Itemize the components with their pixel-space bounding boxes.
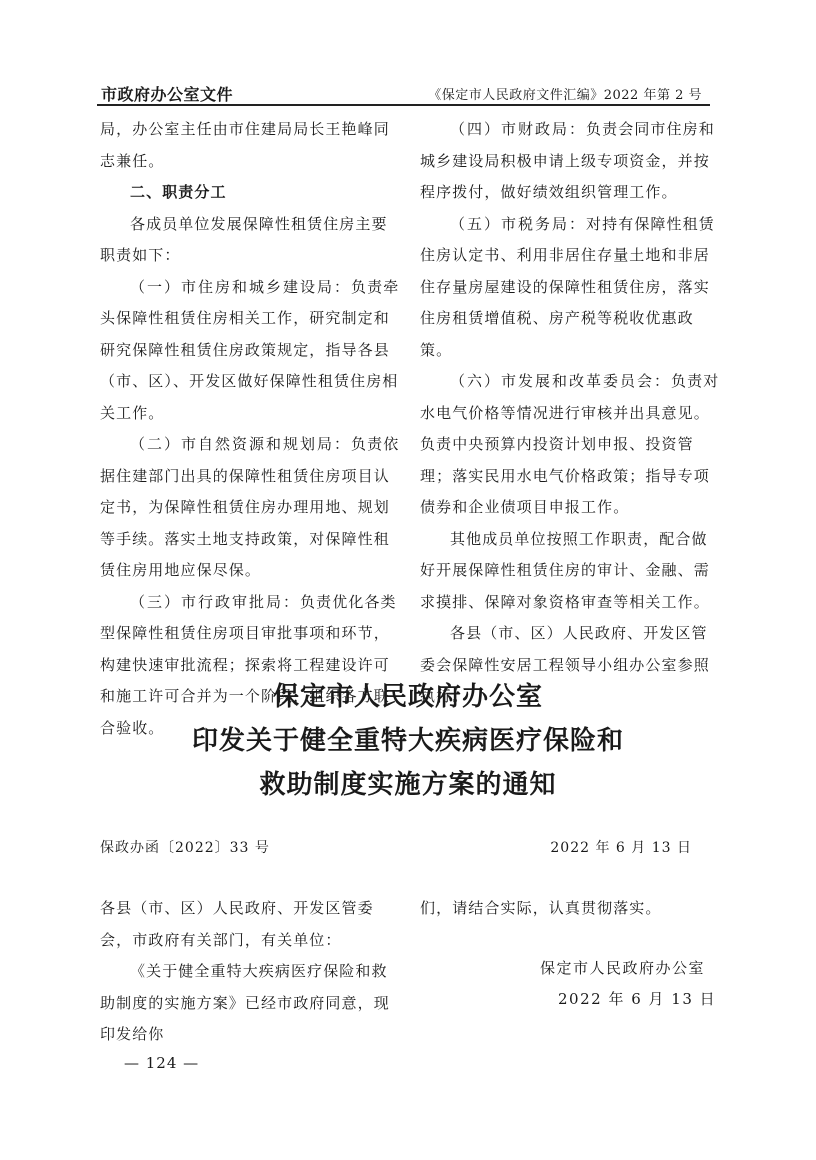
duty-text: 负责对水电气价格等情况进行审核并出具意见。负责中央预算内投资计划申报、投资管理；… — [420, 372, 719, 516]
right-column: （四）市财政局：负责会同市住房和城乡建设局积极申请上级专项资金，并按程序拨付，做… — [420, 114, 720, 713]
duty-item-4: （四）市财政局：负责会同市住房和城乡建设局积极申请上级专项资金，并按程序拨付，做… — [420, 114, 720, 209]
dept-name: （四）市财政局： — [450, 120, 586, 138]
paragraph-continuation: 局，办公室主任由市住建局局长王艳峰同志兼任。 — [100, 114, 400, 177]
header-publication-title: 《保定市人民政府文件汇编》2022 年第 2 号 — [428, 84, 702, 103]
duty-text: 对持有保障性租赁住房认定书、利用非居住存量土地和非居住存量房屋建设的保障性租赁住… — [420, 215, 715, 359]
notice-body: 《关于健全重特大疾病医疗保险和救助制度的实施方案》已经市政府同意，现印发给你 — [100, 956, 400, 1051]
duty-item-1: （一）市住房和城乡建设局：负责牵头保障性租赁住房相关工作，研究制定和研究保障性租… — [100, 272, 400, 430]
document-date: 2022 年 6 月 13 日 — [550, 837, 692, 857]
duty-item-5: （五）市税务局：对持有保障性租赁住房认定书、利用非居住存量土地和非居住存量房屋建… — [420, 209, 720, 367]
dept-name: （六）市发展和改革委员会： — [450, 372, 671, 390]
duty-item-2: （二）市自然资源和规划局：负责依据住建部门出具的保障性租赁住房项目认定书，为保障… — [100, 429, 400, 587]
header-section-label: 市政府办公室文件 — [101, 82, 233, 105]
document-number: 保政办函〔2022〕33 号 — [100, 837, 270, 857]
salutation: 各县（市、区）人民政府、开发区管委会，市政府有关部门，有关单位： — [100, 893, 400, 956]
section-heading: 二、职责分工 — [100, 177, 400, 209]
title-line-2: 印发关于健全重特大疾病医疗保险和 — [0, 719, 816, 763]
paragraph-intro: 各成员单位发展保障性租赁住房主要职责如下： — [100, 209, 400, 272]
notice-body-right: 们，请结合实际，认真贯彻落实。 — [420, 893, 720, 925]
notice-body-left: 各县（市、区）人民政府、开发区管委会，市政府有关部门，有关单位： 《关于健全重特… — [100, 893, 400, 1051]
dept-name: （五）市税务局： — [450, 215, 586, 233]
page-number: — 124 — — [124, 1054, 199, 1072]
duty-text: 负责依据住建部门出具的保障性租赁住房项目认定书，为保障性租赁住房办理用地、规划等… — [100, 435, 399, 579]
title-line-3: 救助制度实施方案的通知 — [0, 763, 816, 807]
paragraph-other-units: 其他成员单位按照工作职责，配合做好开展保障性租赁住房的审计、金融、需求摸排、保障… — [420, 524, 720, 619]
notice-body-continued: 们，请结合实际，认真贯彻落实。 — [420, 893, 720, 925]
signature-organization: 保定市人民政府办公室 — [540, 957, 705, 978]
running-header: 市政府办公室文件 《保定市人民政府文件汇编》2022 年第 2 号 — [97, 80, 710, 106]
left-column: 局，办公室主任由市住建局局长王艳峰同志兼任。 二、职责分工 各成员单位发展保障性… — [100, 114, 400, 744]
notice-title: 保定市人民政府办公室 印发关于健全重特大疾病医疗保险和 救助制度实施方案的通知 — [0, 675, 816, 807]
title-line-1: 保定市人民政府办公室 — [0, 675, 816, 719]
signature-date: 2022 年 6 月 13 日 — [558, 988, 716, 1009]
duty-text: 负责牵头保障性租赁住房相关工作，研究制定和研究保障性租赁住房政策规定，指导各县（… — [100, 278, 399, 422]
dept-name: （三）市行政审批局： — [130, 593, 300, 611]
dept-name: （一）市住房和城乡建设局： — [130, 278, 351, 296]
duty-item-6: （六）市发展和改革委员会：负责对水电气价格等情况进行审核并出具意见。负责中央预算… — [420, 366, 720, 524]
dept-name: （二）市自然资源和规划局： — [130, 435, 351, 453]
